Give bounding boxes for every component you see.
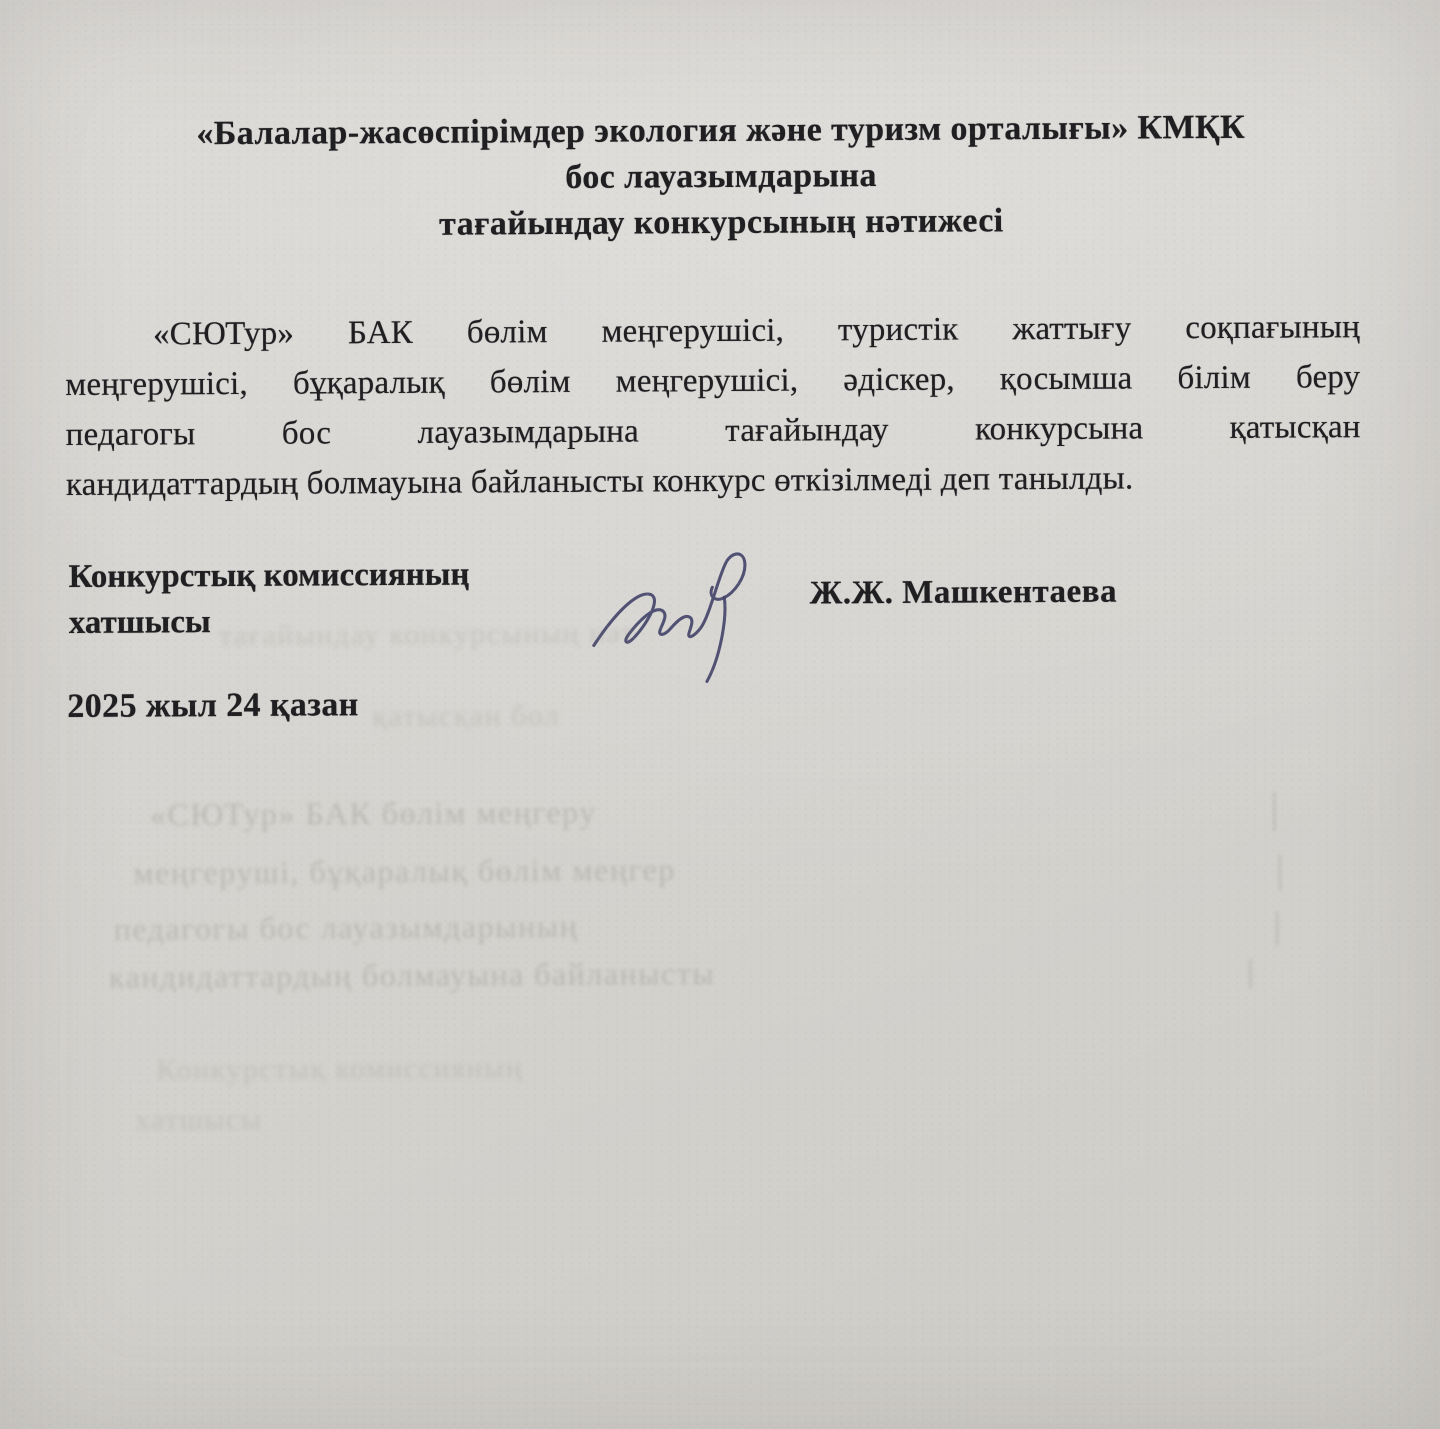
- title-line-1: «Балалар-жасөспірімдер экология және тур…: [1, 104, 1440, 159]
- ghost-text-line: педагогы бос лауазымдарының: [114, 908, 579, 948]
- ghost-mark: [1276, 912, 1279, 946]
- ghost-text-line: кандидаттардың болмауына байланысты: [109, 955, 716, 996]
- body-line-1: «СЮТур» БАК бөлім меңгерушісі, туристік …: [65, 302, 1360, 360]
- signer-role-line-1: Конкурстық комиссияның: [68, 551, 628, 600]
- document-sheet: «Балалар-жасөспірімдер экология және тур…: [0, 0, 1440, 1429]
- body-line-4: кандидаттардың болмауына байланысты конк…: [66, 452, 1361, 510]
- signer-name: Ж.Ж. Машкентаева: [810, 574, 1118, 613]
- document-photo: «Балалар-жасөспірімдер экология және тур…: [0, 0, 1440, 1429]
- body-line-3: педагогы бос лауазымдарына тағайындау ко…: [65, 402, 1360, 460]
- ghost-text-line: «СЮТур» БАК бөлім меңгеру: [150, 794, 597, 834]
- handwritten-signature-ink: [579, 543, 788, 684]
- ghost-text-line: Конкурстық комиссияның: [156, 1051, 523, 1087]
- document-date: 2025 жыл 24 қазан: [67, 686, 359, 726]
- body-line-2: меңгерушісі, бұқаралық бөлім меңгерушісі…: [65, 352, 1360, 410]
- ghost-mark: [1249, 959, 1252, 989]
- signer-role-line-2: хатшысы: [69, 597, 629, 646]
- title-line-3: тағайындау конкурсының нәтижесі: [1, 196, 1440, 251]
- ghost-mark: [1278, 855, 1281, 891]
- document-body-paragraph: «СЮТур» БАК бөлім меңгерушісі, туристік …: [65, 302, 1361, 510]
- ghost-text-line: меңгеруші, бұқаралық бөлім меңгер: [133, 851, 676, 891]
- ghost-text-line: хатшысы: [135, 1103, 263, 1138]
- ghost-text-line: қатысқан бол: [372, 699, 560, 734]
- ghost-mark: [1273, 792, 1276, 832]
- document-title: «Балалар-жасөспірімдер экология және тур…: [1, 104, 1440, 251]
- signer-role: Конкурстық комиссияның хатшысы: [68, 551, 629, 646]
